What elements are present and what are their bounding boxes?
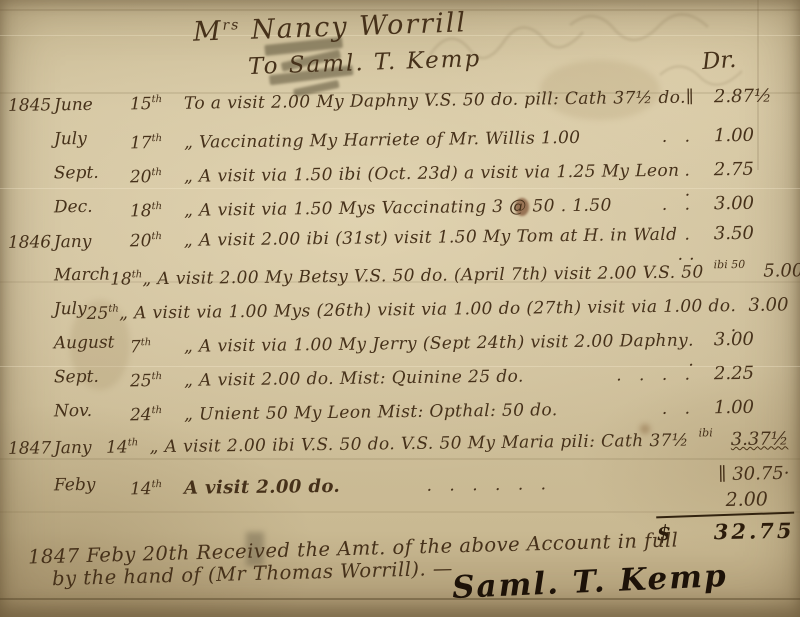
- final-entry-amount: 2.00: [656, 488, 794, 512]
- entry-month: June: [54, 95, 93, 115]
- entry-amount: 1.00: [712, 124, 800, 146]
- grand-total-value: 32.75: [713, 518, 794, 544]
- entry-month: Feby: [54, 475, 96, 496]
- entry-amount: 2.75: [712, 158, 800, 180]
- leader-dots: ∥: [686, 87, 712, 107]
- entry-amount: 3.50: [712, 222, 800, 244]
- entry-date: Nov.: [0, 400, 130, 422]
- entry-day: 14th: [106, 437, 150, 458]
- entry-day-num: 7: [130, 337, 141, 357]
- entry-year: [8, 197, 54, 218]
- entry-day: 18th: [130, 201, 184, 222]
- entry-day: 20th: [130, 167, 184, 188]
- entry-day: 20th: [130, 231, 184, 252]
- entry-month: July: [54, 129, 87, 149]
- entry-date: Sept.: [0, 162, 130, 184]
- entry-month: August: [54, 333, 115, 354]
- entry-date: July: [0, 299, 87, 320]
- entry-year: 1845: [8, 95, 54, 116]
- entry-amount: 3.00: [712, 328, 800, 350]
- entry-year: [8, 401, 54, 422]
- entry-day-ordinal: th: [152, 94, 163, 105]
- entry-month: March: [54, 265, 110, 286]
- entry-description: „ A visit 2.00 do. Mist: Quinine 25 do.: [184, 367, 524, 391]
- addressee-superscript: rs: [222, 17, 240, 34]
- entry-day-ordinal: th: [152, 201, 163, 212]
- entry-day: 24th: [130, 405, 184, 426]
- entry-month: Dec.: [54, 197, 93, 217]
- entry-day-ordinal: th: [108, 304, 119, 315]
- leader-dots: . .: [558, 398, 713, 420]
- entry-day-num: 20: [130, 167, 152, 187]
- leader-dots: . .: [580, 126, 712, 148]
- entry-year: [8, 475, 54, 496]
- entry-amount: 3.00: [746, 294, 800, 316]
- entry-day: 18th: [110, 269, 142, 289]
- entry-date: 1846Jany: [0, 231, 130, 253]
- entry-amount: 1.00: [712, 396, 800, 418]
- entry-year: [8, 299, 54, 320]
- entry-day-ordinal: th: [152, 405, 163, 416]
- entry-month: Nov.: [54, 401, 92, 421]
- entry-date: 1847Jany: [0, 438, 106, 459]
- leader-dots: . . . .: [524, 364, 712, 386]
- entry-month: Sept.: [54, 163, 99, 184]
- entry-day-num: 14: [130, 479, 152, 499]
- entry-day-ordinal: th: [152, 133, 163, 144]
- entry-description: A visit 2.00 do.: [184, 476, 340, 499]
- entry-date: July: [0, 128, 130, 150]
- dr-label: Dr.: [701, 47, 737, 75]
- fold-line: [0, 458, 800, 460]
- entry-day-num: 25: [130, 371, 152, 391]
- entry-date: March: [0, 265, 110, 286]
- entry-day: 25th: [130, 371, 184, 392]
- entry-date: Sept.: [0, 366, 130, 388]
- entry-year: 1846: [8, 232, 54, 253]
- entry-amount: 5.00: [761, 260, 800, 282]
- entry-date: 1845June: [0, 94, 130, 116]
- entry-day-ordinal: th: [128, 437, 139, 448]
- entry-day-num: 18: [110, 269, 132, 289]
- entry-day-ordinal: th: [141, 337, 152, 348]
- entry-day: 7th: [130, 337, 184, 358]
- entry-amount: 3.00: [712, 192, 800, 214]
- entry-year: [8, 129, 54, 150]
- entry-month: Jany: [54, 232, 92, 252]
- entry-day: 14th: [130, 479, 184, 500]
- entry-day-ordinal: th: [151, 167, 162, 178]
- entry-day-num: 18: [130, 201, 152, 221]
- entry-day: 15th: [130, 94, 184, 115]
- entry-year: [8, 265, 54, 286]
- entry-amount: 2.87½: [712, 85, 800, 107]
- entry-month: Jany: [54, 438, 92, 458]
- entry-day-ordinal: th: [151, 231, 162, 242]
- entry-description: „ A visit via 1.00 Mys (26th) visit via …: [119, 296, 731, 323]
- entry-year: [8, 333, 54, 354]
- entry-amount: 3.37½: [729, 428, 800, 450]
- entry-day-num: 20: [130, 231, 152, 251]
- entry-interlinear-note: ibi: [699, 426, 713, 439]
- entry-year: [8, 163, 54, 184]
- carried-forward-amount: ∥ 30.75·: [655, 463, 793, 486]
- leader-dots: . .: [612, 194, 712, 215]
- entry-month: Sept.: [54, 367, 99, 388]
- addressee-prefix: M: [192, 16, 223, 48]
- entry-interlinear-note: ibi 50: [714, 258, 746, 271]
- entry-month: July: [54, 299, 87, 319]
- entry-day-num: 24: [130, 405, 152, 425]
- entry-day-ordinal: th: [152, 479, 163, 490]
- entry-day: 17th: [130, 133, 184, 154]
- entry-date: Dec.: [0, 196, 130, 218]
- entry-day-num: 25: [87, 304, 109, 324]
- entry-day-num: 15: [130, 94, 152, 114]
- fold-line: [0, 598, 800, 600]
- entry-description: „ A visit 2.00 ibi (31st) visit 1.50 My …: [184, 225, 678, 251]
- entry-date: Feby: [0, 474, 130, 496]
- entry-day-ordinal: th: [152, 371, 163, 382]
- entry-amount: 2.25: [712, 362, 800, 384]
- entry-description: „ A visit via 1.50 ibi (Oct. 23d) a visi…: [184, 161, 680, 187]
- entry-date: August: [0, 332, 130, 354]
- entry-day: 25th: [87, 304, 120, 324]
- entry-description: „ A visit via 1.00 My Jerry (Sept 24th) …: [184, 331, 688, 357]
- entry-day-num: 17: [130, 133, 152, 153]
- entry-year: 1847: [8, 438, 54, 459]
- entry-year: [8, 367, 54, 388]
- entry-day-num: 14: [106, 437, 128, 457]
- entry-day-ordinal: th: [132, 269, 143, 280]
